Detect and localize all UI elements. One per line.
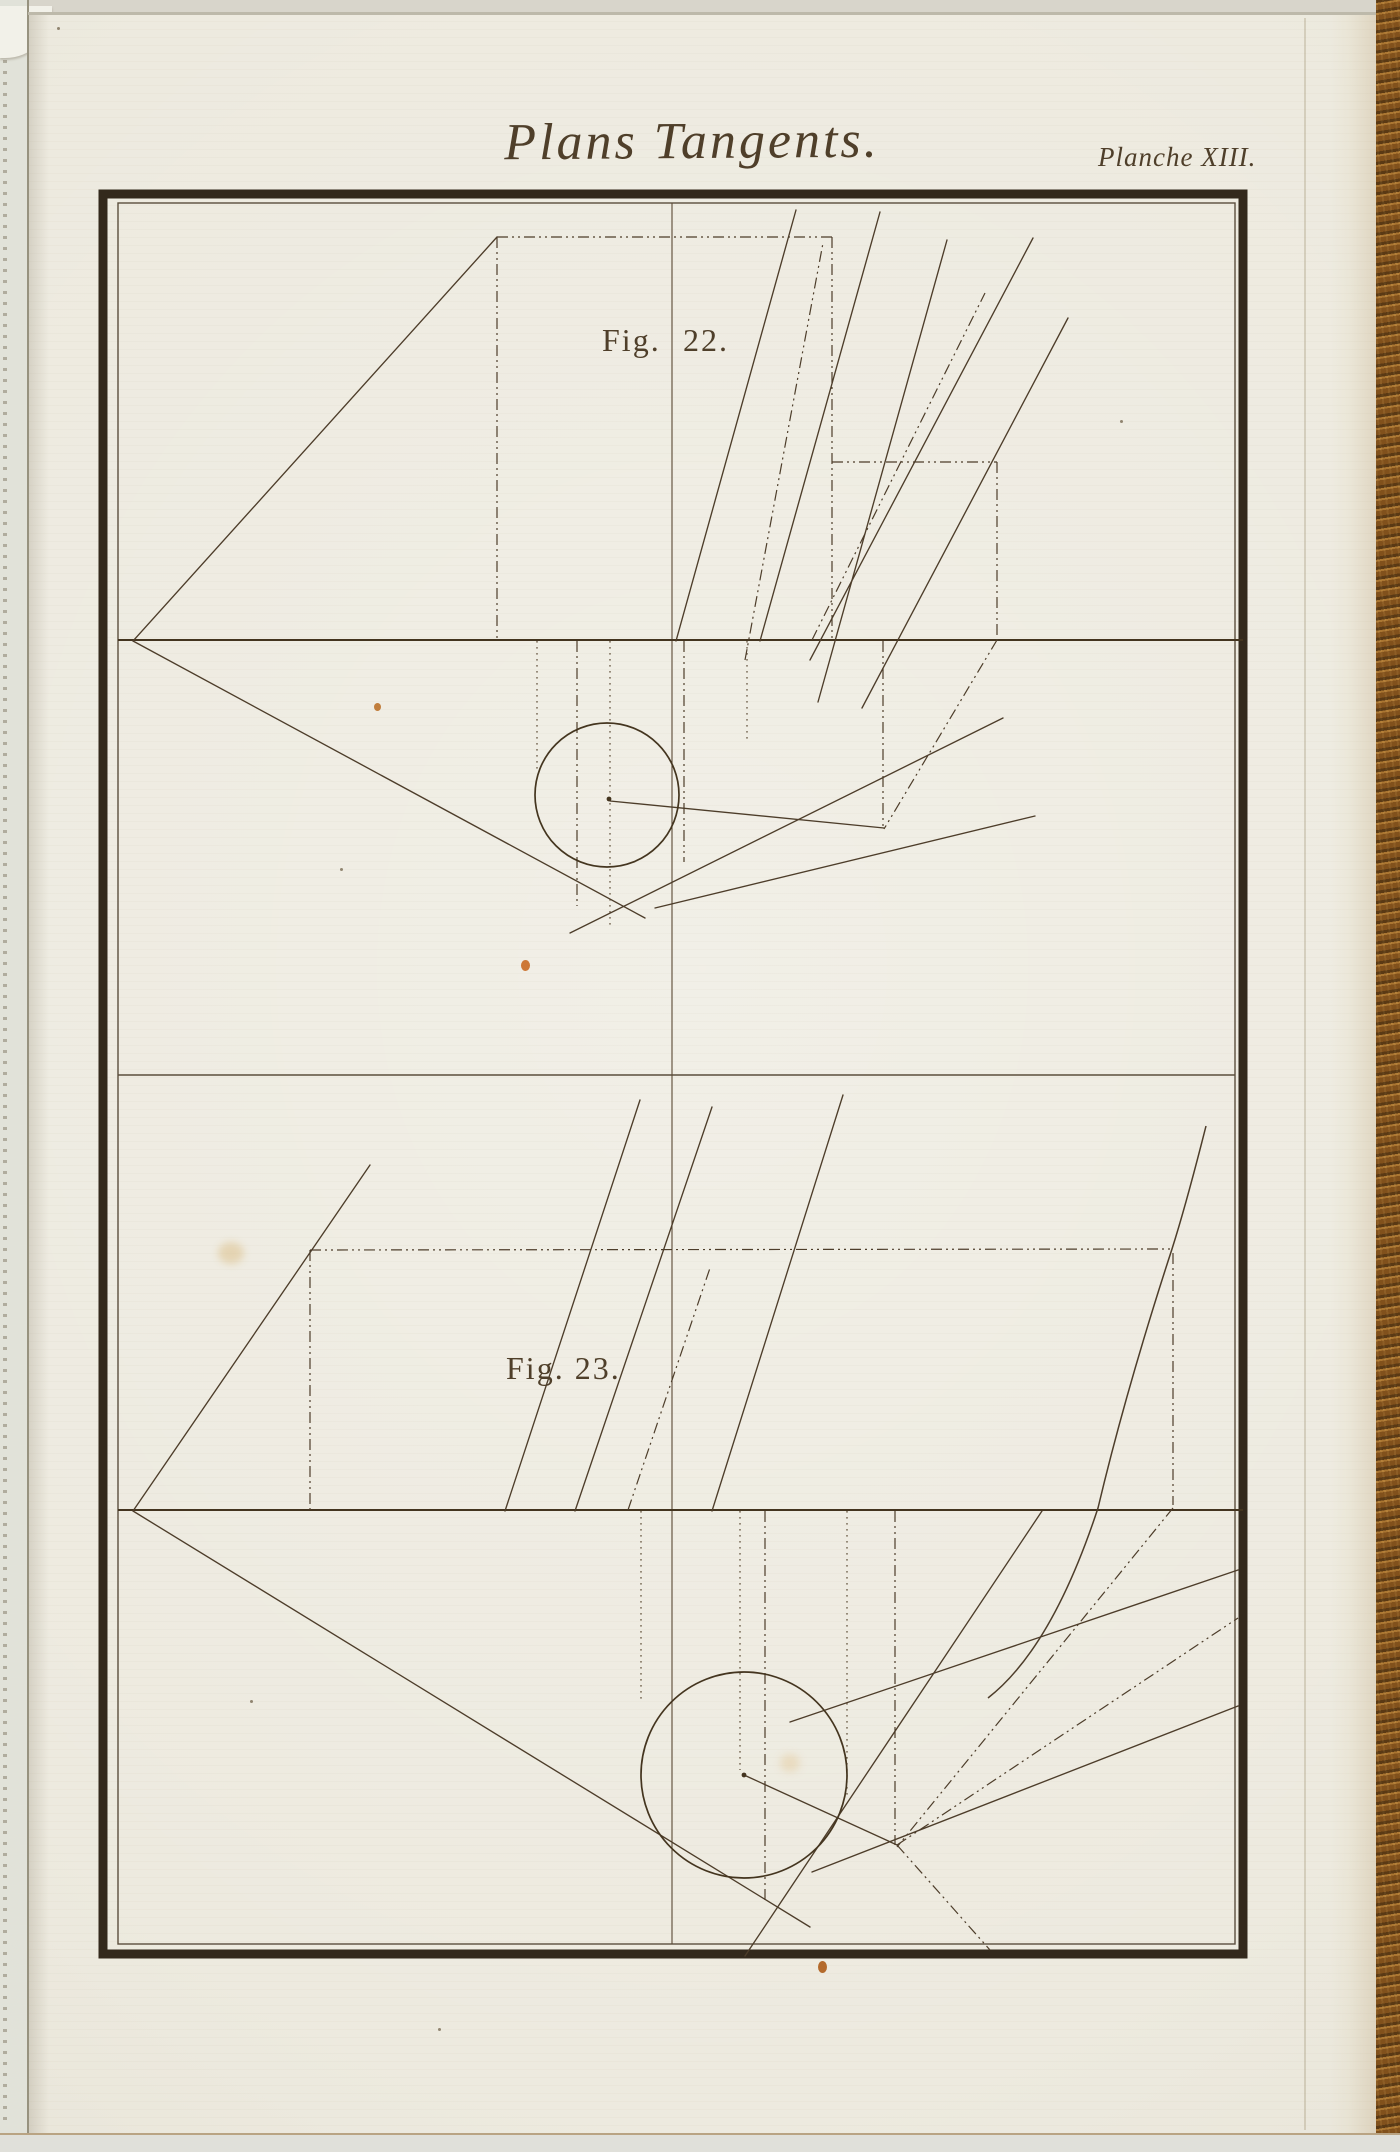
- fig22-dashdot-line: [745, 243, 823, 660]
- fig23-dashdot-line: [628, 1268, 710, 1510]
- fig23-construction-line: [744, 1775, 897, 1845]
- fig22-construction-line: [133, 237, 497, 641]
- plate-title: Plans Tangents.: [392, 110, 992, 173]
- ink-speck: [1120, 420, 1123, 423]
- fig23-dashdot-line: [897, 1845, 990, 1950]
- fig23-dashdot-line: [897, 1508, 1173, 1847]
- fig23-curved-trace: [988, 1126, 1206, 1698]
- fig23-construction-line: [133, 1165, 370, 1511]
- fig22-construction-line: [610, 801, 884, 828]
- foxing-spot: [521, 960, 530, 971]
- fig23-construction-line: [505, 1100, 640, 1511]
- fig22-construction-line: [133, 641, 645, 918]
- foxing-stain: [218, 1242, 244, 1264]
- fig22-construction-line: [570, 718, 1003, 933]
- plate-border-outer: [103, 194, 1243, 1954]
- plate-number: Planche XIII.: [1098, 142, 1256, 173]
- fig22-cylinder-base-circle: [535, 723, 679, 867]
- fig23-dashdot-line: [310, 1249, 1172, 1250]
- plate-border-inner: [118, 203, 1235, 1944]
- ink-speck: [340, 868, 343, 871]
- fig22-construction-line: [862, 318, 1068, 708]
- ink-speck: [250, 1700, 253, 1703]
- fig22-dashdot-line: [812, 293, 985, 640]
- fig22-label-fig: Fig.: [602, 322, 661, 359]
- fig23-label: Fig. 23.: [506, 1350, 621, 1387]
- ink-speck: [438, 2028, 441, 2031]
- foxing-stain: [780, 1754, 800, 1772]
- book-page-scan: Plans Tangents. Planche XIII. Fig. 22. F…: [0, 0, 1400, 2152]
- foxing-spot: [374, 703, 381, 711]
- fig23-circle-center-dot: [742, 1773, 747, 1778]
- foxing-spot: [818, 1961, 827, 1973]
- fig23-construction-line: [575, 1107, 712, 1511]
- fig22-construction-line: [818, 240, 947, 702]
- fig23-construction-line: [812, 1706, 1238, 1872]
- fig23-construction-line: [745, 1511, 1042, 1956]
- fig22-label-num: 22.: [683, 322, 729, 359]
- fig22-circle-center-dot: [607, 797, 612, 802]
- fig23-construction-line: [790, 1570, 1238, 1722]
- ink-speck: [57, 27, 60, 30]
- fig22-dashdot-line: [884, 640, 997, 829]
- fig23-construction-line: [133, 1511, 810, 1927]
- fig23-construction-line: [712, 1095, 843, 1511]
